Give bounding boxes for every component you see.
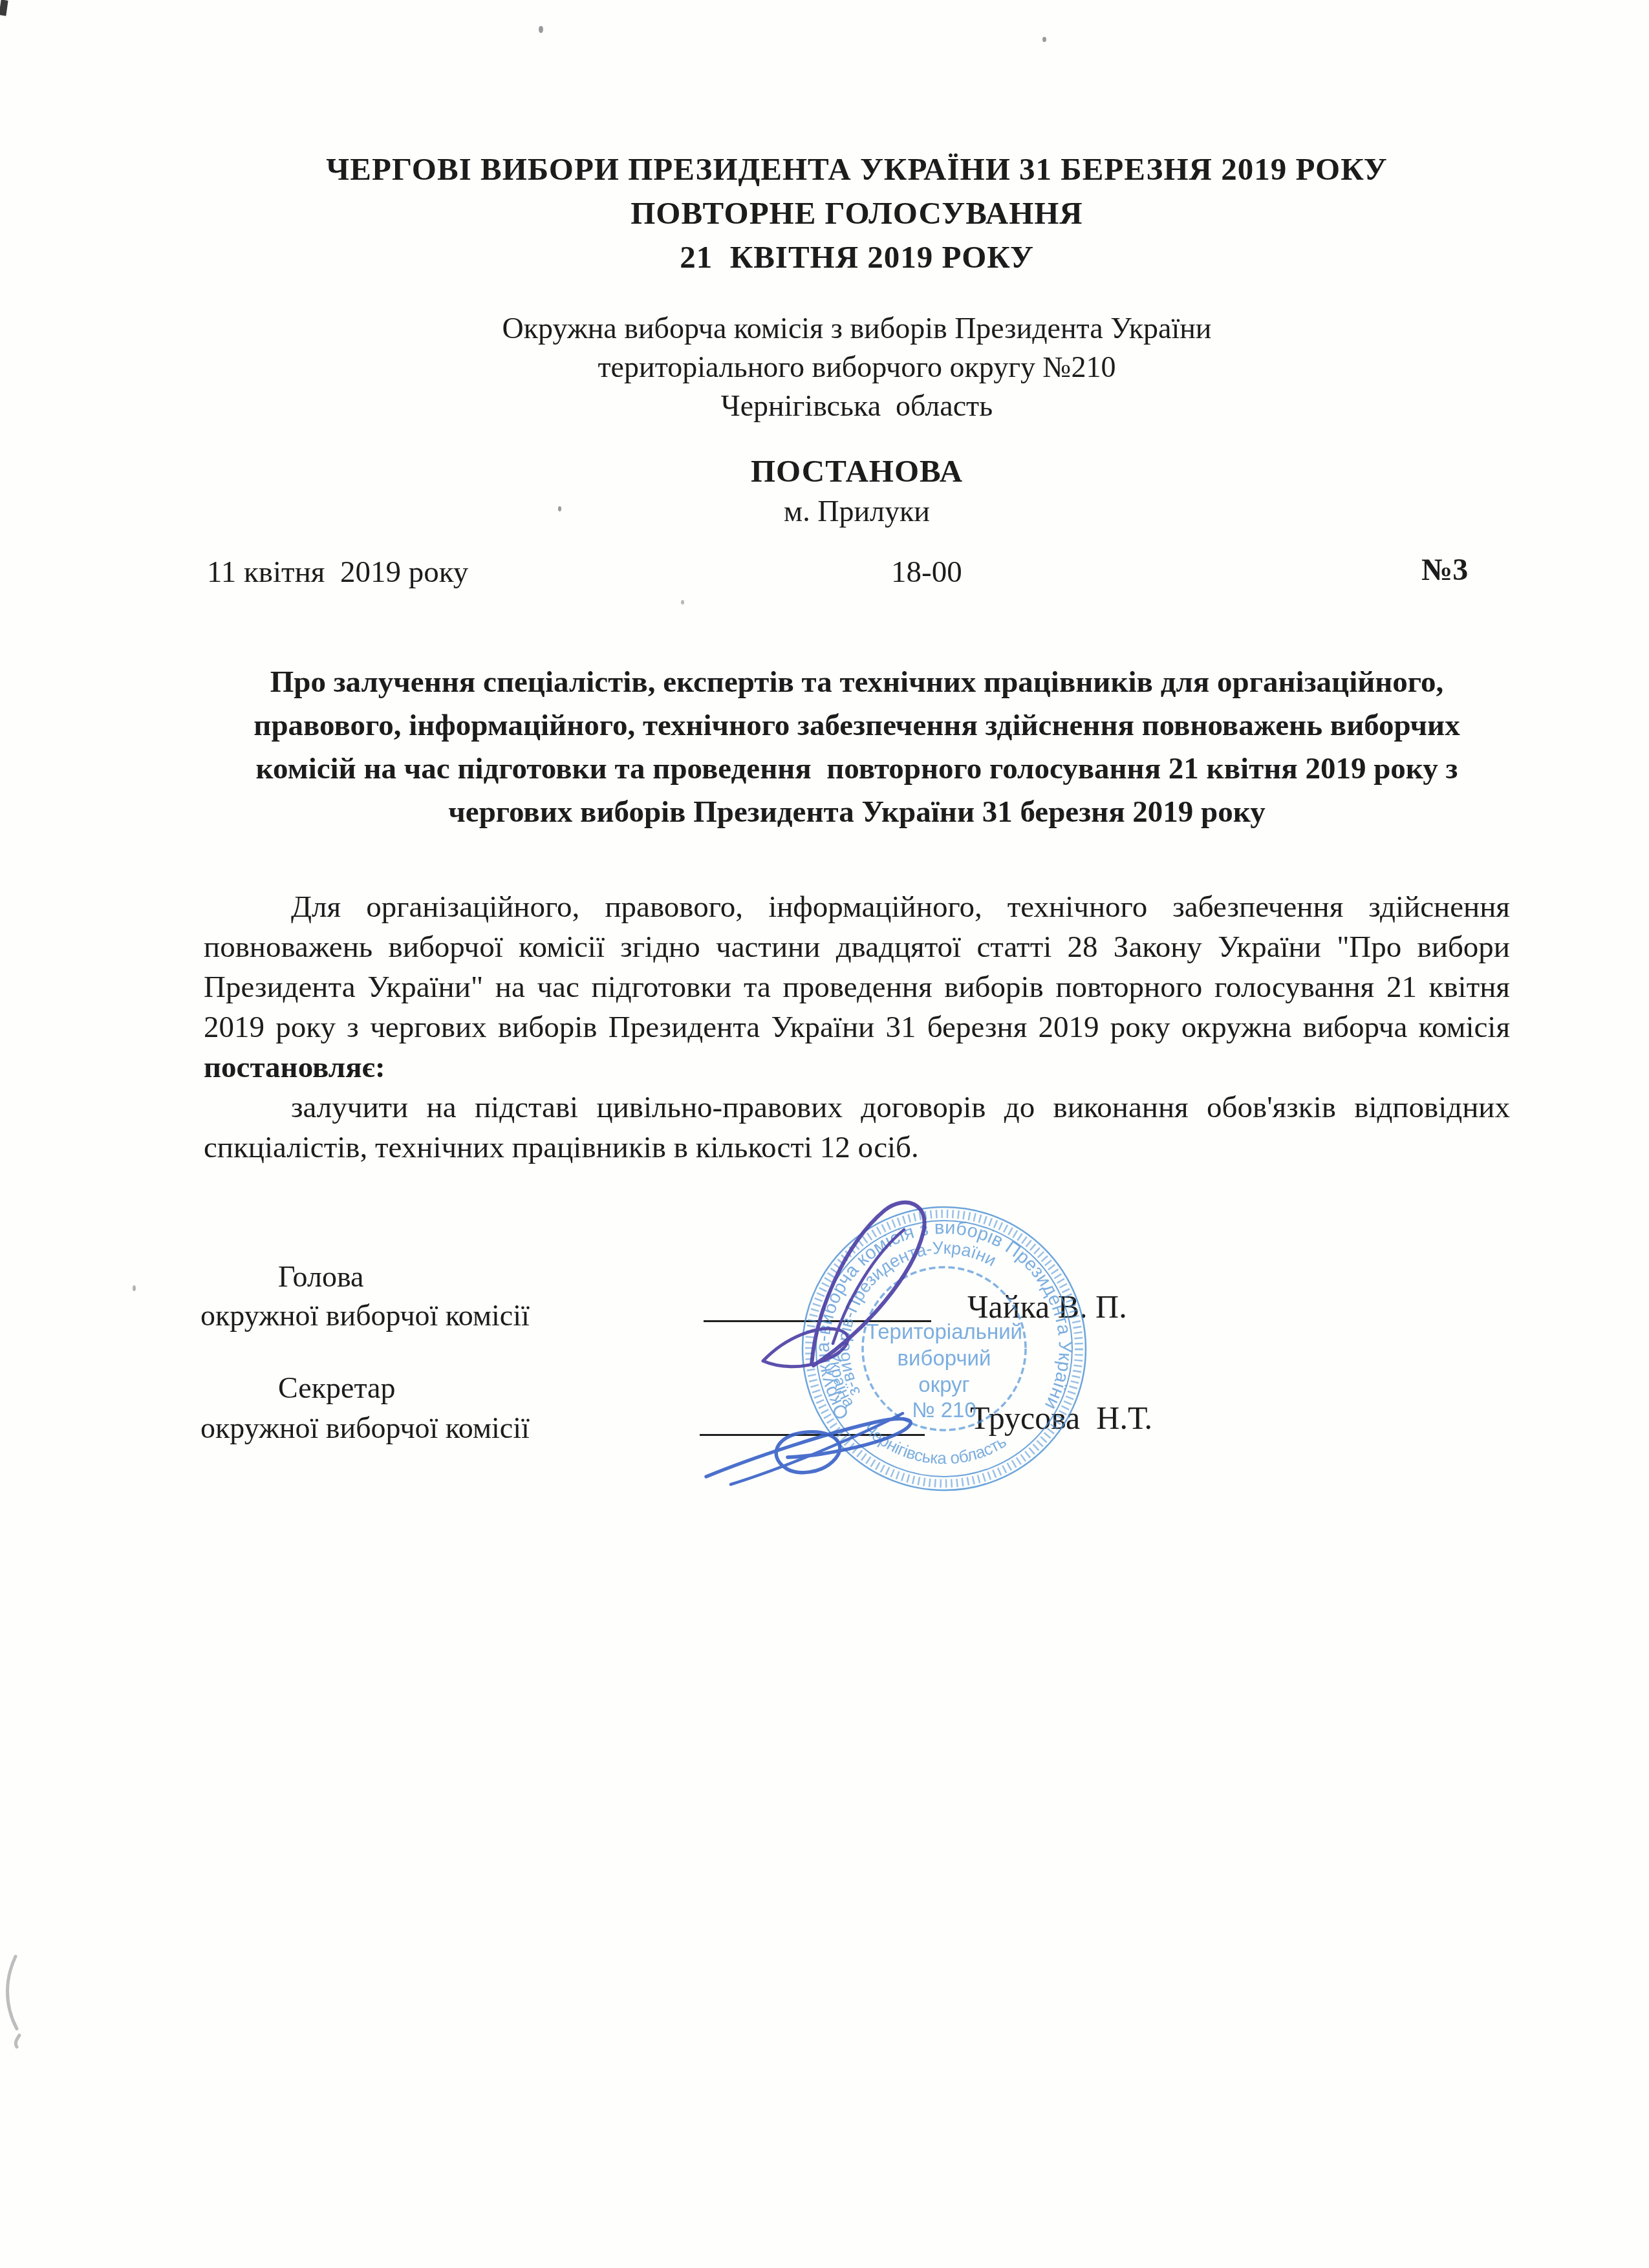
scan-speck (558, 506, 561, 511)
commission-line-3: Чернігівська область (171, 387, 1542, 425)
meta-number: №3 (1421, 552, 1468, 588)
scan-speck (539, 26, 543, 33)
subject-line-4: чергових виборів Президента України 31 б… (188, 791, 1526, 834)
body-paragraph-1: Для організаційного, правового, інформац… (204, 887, 1510, 1087)
body-text: Для організаційного, правового, інформац… (204, 887, 1510, 1168)
scan-edge-mark (0, 1952, 52, 2049)
commission-line-2: територіального виборчого округу №210 (171, 348, 1542, 387)
signature-stroke-secretary (706, 1413, 911, 1484)
meta-date: 11 квітня 2019 року (207, 555, 468, 590)
scan-speck (681, 600, 684, 604)
signature-role-head: Голова (278, 1259, 363, 1294)
signature-stroke-head (763, 1203, 925, 1367)
doc-type-title: ПОСТАНОВА (171, 453, 1542, 489)
scan-speck (133, 1285, 136, 1291)
handwritten-signatures (673, 1177, 1125, 1513)
header-title-line-2: ПОВТОРНЕ ГОЛОСУВАННЯ (171, 191, 1542, 235)
subject-line-2: правового, інформаційного, технічного за… (188, 704, 1526, 747)
header-title-line-1: ЧЕРГОВІ ВИБОРИ ПРЕЗИДЕНТА УКРАЇНИ 31 БЕР… (171, 147, 1542, 191)
subject-line-3: комісій на час підготовки та проведення … (188, 747, 1526, 791)
signature-org-head: окружної виборчої комісії (200, 1298, 530, 1332)
commission-block: Окружна виборча комісія з виборів Презид… (171, 309, 1542, 425)
header-title-line-3: 21 КВІТНЯ 2019 РОКУ (171, 235, 1542, 279)
body-paragraph-1-bold: постановляє: (204, 1051, 385, 1084)
scanned-document-page: ЧЕРГОВІ ВИБОРИ ПРЕЗИДЕНТА УКРАЇНИ 31 БЕР… (0, 0, 1649, 2268)
document-header: ЧЕРГОВІ ВИБОРИ ПРЕЗИДЕНТА УКРАЇНИ 31 БЕР… (171, 147, 1542, 279)
body-paragraph-2-text: залучити на підставі цивільно-правових д… (204, 1091, 1510, 1164)
meta-time: 18-00 (891, 555, 962, 590)
commission-line-1: Окружна виборча комісія з виборів Презид… (171, 309, 1542, 348)
signature-role-secretary: Секретар (278, 1371, 396, 1405)
scan-corner-mark (0, 0, 8, 16)
subject-line-1: Про залучення спеціалістів, експертів та… (188, 661, 1526, 704)
body-paragraph-1-text: Для організаційного, правового, інформац… (204, 890, 1510, 1044)
scan-speck (1042, 37, 1046, 42)
subject-heading: Про залучення спеціалістів, експертів та… (188, 661, 1526, 834)
body-paragraph-2: залучити на підставі цивільно-правових д… (204, 1087, 1510, 1168)
city-line: м. Прилуки (171, 494, 1542, 528)
signature-org-secretary: окружної виборчої комісії (200, 1411, 530, 1445)
